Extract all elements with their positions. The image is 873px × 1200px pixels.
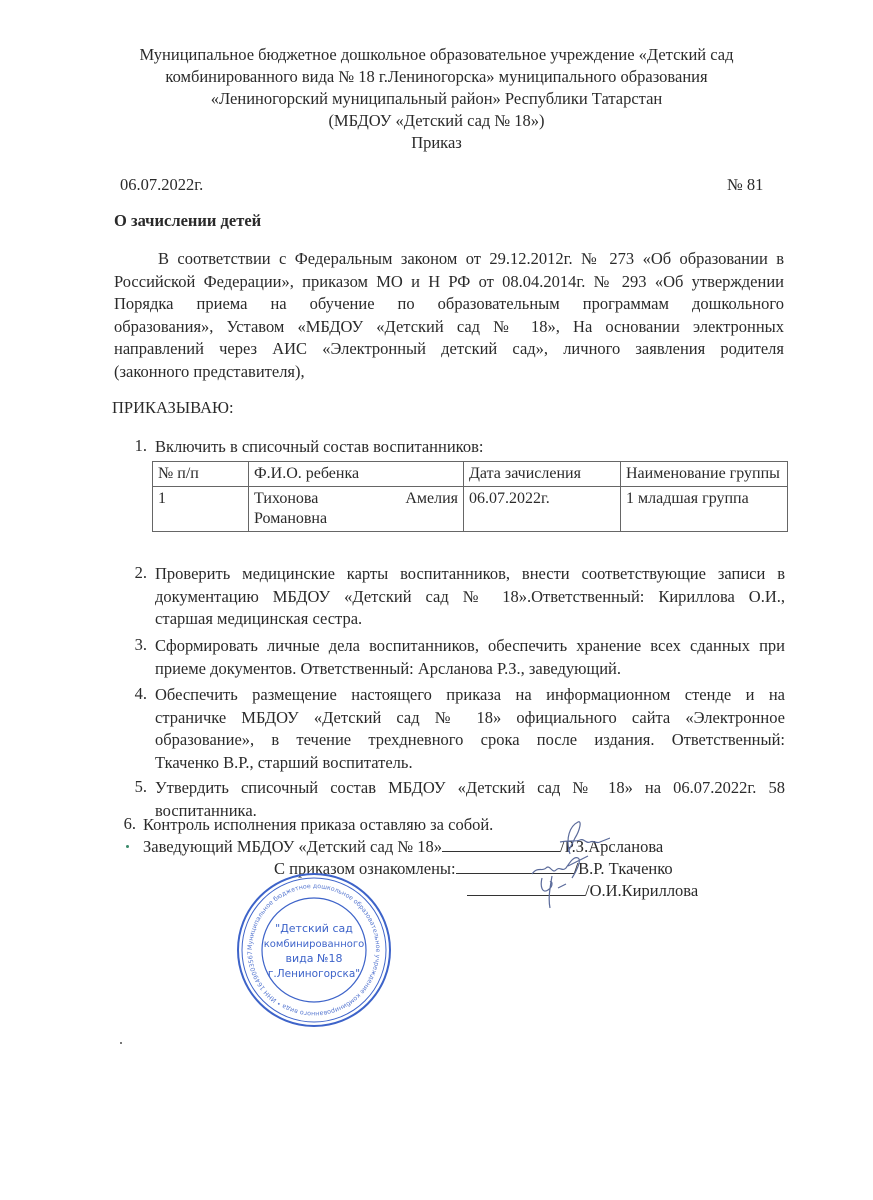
preamble-paragraph: В соответствии с Федеральным законом от … <box>114 248 784 383</box>
svg-text:г.Лениногорска": г.Лениногорска" <box>268 968 360 980</box>
list-item-number: 4. <box>127 684 147 704</box>
list-item-text: Обеспечить размещение настоящего приказа… <box>155 684 785 774</box>
list-item-line: Сформировать личные дела воспитанников, … <box>155 635 785 658</box>
cell-group: 1 младшая группа <box>621 487 788 532</box>
preamble-line: образования», Уставом «МБДОУ «Детский са… <box>114 316 784 339</box>
header-line-3: «Лениногорский муниципальный район» Респ… <box>0 88 873 110</box>
list-item-line: образование», в течение трехдневного сро… <box>155 729 785 752</box>
list-item-text: Включить в списочный состав воспитаннико… <box>155 436 785 459</box>
list-item-text: Контроль исполнения приказа оставляю за … <box>143 814 493 836</box>
list-item-line: страничке МБДОУ «Детский сад № 18» офици… <box>155 707 785 730</box>
list-item-line: приеме документов. Ответственный: Арслан… <box>155 658 785 681</box>
list-item-line: документацию МБДОУ «Детский сад № 18».От… <box>155 586 785 609</box>
document-type-title: Приказ <box>0 132 873 154</box>
command-heading: ПРИКАЗЫВАЮ: <box>112 398 234 418</box>
cell-child-name: Тихонова Амелия Романовна <box>249 487 464 532</box>
list-item-text: Проверить медицинские карты воспитаннико… <box>155 563 785 631</box>
order-date: 06.07.2022г. <box>120 175 203 195</box>
enrollment-table: № п/п Ф.И.О. ребенка Дата зачисления Наи… <box>152 461 788 532</box>
list-item-number: 5. <box>127 777 147 797</box>
cell-number: 1 <box>153 487 249 532</box>
preamble-line: направлений через АИС «Электронный детск… <box>114 338 784 361</box>
table-header-row: № п/п Ф.И.О. ребенка Дата зачисления Наи… <box>153 462 788 487</box>
preamble-line: Порядка приема на обучение по образовате… <box>114 293 784 316</box>
official-stamp: Муниципальное бюджетное дошкольное образ… <box>234 870 394 1030</box>
preamble-line: (законного представителя), <box>114 361 784 384</box>
svg-text:"Детский сад: "Детский сад <box>275 922 353 935</box>
preamble-line: В соответствии с Федеральным законом от … <box>114 248 784 271</box>
list-item-line: Проверить медицинские карты воспитаннико… <box>155 563 785 586</box>
svg-text:вида №18: вида №18 <box>286 952 343 965</box>
child-first-name: Амелия <box>405 489 458 509</box>
header-line-1: Муниципальное бюджетное дошкольное образ… <box>0 44 873 66</box>
list-item-text: Сформировать личные дела воспитанников, … <box>155 635 785 680</box>
column-header: № п/п <box>153 462 249 487</box>
list-item-number: 3. <box>127 635 147 655</box>
stamp-seal-icon: Муниципальное бюджетное дошкольное образ… <box>234 870 394 1030</box>
order-number: № 81 <box>727 175 763 195</box>
cell-enroll-date: 06.07.2022г. <box>464 487 621 532</box>
order-subject: О зачислении детей <box>114 211 261 231</box>
list-item-line: Обеспечить размещение настоящего приказа… <box>155 684 785 707</box>
column-header: Ф.И.О. ребенка <box>249 462 464 487</box>
list-item-number: 1. <box>127 436 147 456</box>
ack-signature-2-icon <box>536 872 576 912</box>
child-surname: Тихонова <box>254 489 318 509</box>
ack-name-2: /О.И.Кириллова <box>585 881 698 900</box>
header-line-4: (МБДОУ «Детский сад № 18») <box>0 110 873 132</box>
head-title: Заведующий МБДОУ «Детский сад № 18» <box>143 837 442 856</box>
scan-speck <box>126 845 129 848</box>
column-header: Наименование группы <box>621 462 788 487</box>
list-item-line: Ткаченко В.Р., старший воспитатель. <box>155 752 785 775</box>
list-item-number: 2. <box>127 563 147 583</box>
scan-speck <box>120 1042 122 1044</box>
svg-text:комбинированного: комбинированного <box>264 939 364 950</box>
column-header: Дата зачисления <box>464 462 621 487</box>
list-item-line: Утвердить списочный состав МБДОУ «Детски… <box>155 777 785 800</box>
table-row: 1 Тихонова Амелия Романовна 06.07.2022г.… <box>153 487 788 532</box>
list-item-number: 6. <box>116 814 136 834</box>
list-item-line: старшая медицинская сестра. <box>155 608 785 631</box>
header-line-2: комбинированного вида № 18 г.Лениногорск… <box>0 66 873 88</box>
child-patronymic: Романовна <box>254 509 458 529</box>
preamble-line: Российской Федерации», приказом МО и Н Р… <box>114 271 784 294</box>
